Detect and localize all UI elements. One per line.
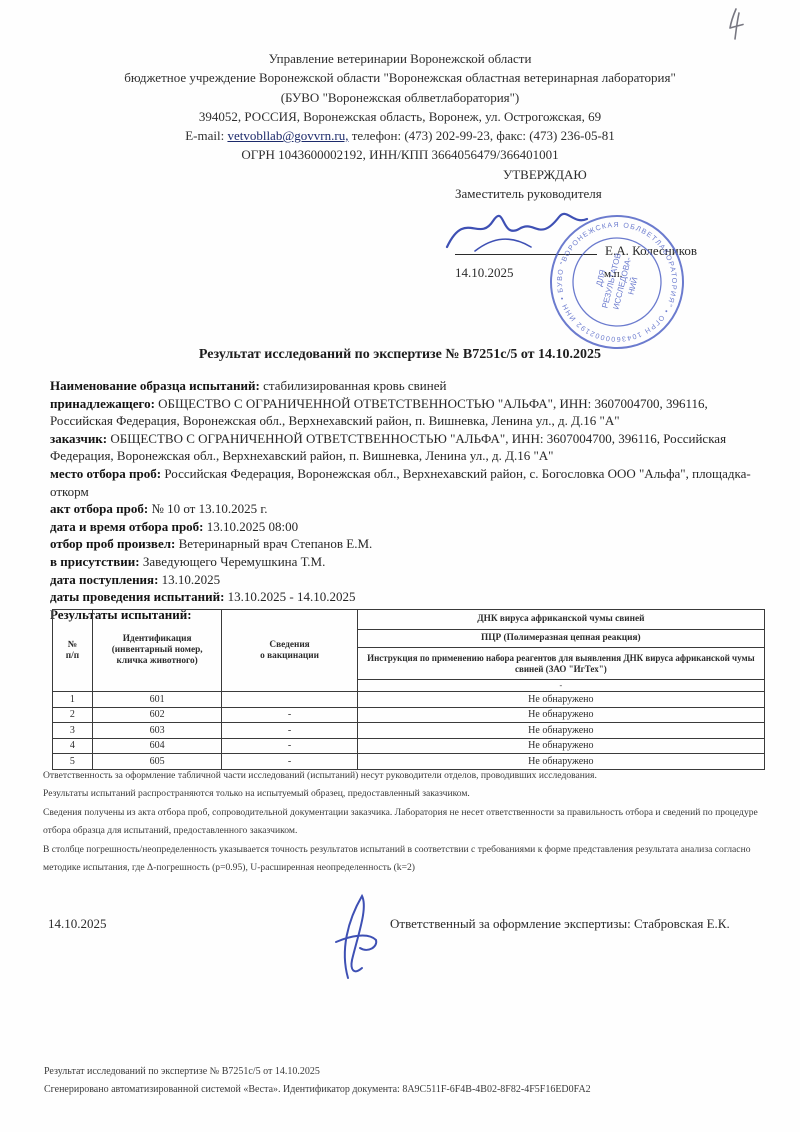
col-header-method: ПЦР (Полимеразная цепная реакция) [357, 630, 764, 648]
footnote: В столбце погрешность/неопределенность у… [43, 841, 769, 878]
field-value: 13.10.2025 - 14.10.2025 [228, 589, 356, 604]
footer-generated-note: Сгенерировано автоматизированной системо… [44, 1084, 591, 1095]
table-row: 3 603 - Не обнаружено [53, 723, 765, 739]
field-label: заказчик: [50, 431, 107, 446]
footnotes: Ответственность за оформление табличной … [43, 767, 769, 877]
field-label: в присутствии: [50, 554, 140, 569]
field-label: Наименование образца испытаний: [50, 378, 260, 393]
cell-number: 4 [53, 738, 93, 754]
field-value: № 10 от 13.10.2025 г. [151, 501, 267, 516]
table-header-row: № п/п Идентификация (инвентарный номер, … [53, 610, 765, 630]
cell-result: Не обнаружено [357, 723, 764, 739]
cell-result: Не обнаружено [357, 692, 764, 708]
table-row: 2 602 - Не обнаружено [53, 707, 765, 723]
org-header: Управление ветеринарии Воронежской облас… [0, 49, 800, 165]
field-received-date: дата поступления: 13.10.2025 [50, 571, 764, 589]
col-header-test-name: ДНК вируса африканской чумы свиней [357, 610, 764, 630]
field-label: даты проведения испытаний: [50, 589, 224, 604]
field-sampling-act: акт отбора проб: № 10 от 13.10.2025 г. [50, 500, 764, 518]
field-label: отбор проб произвел: [50, 536, 175, 551]
footnote: Сведения получены из акта отбора проб, с… [43, 804, 769, 841]
results-table: № п/п Идентификация (инвентарный номер, … [52, 609, 765, 770]
phone-fax: телефон: (473) 202-99-23, факс: (473) 23… [352, 128, 615, 143]
field-label: акт отбора проб: [50, 501, 148, 516]
cell-number: 2 [53, 707, 93, 723]
org-name-line1: Управление ветеринарии Воронежской облас… [0, 49, 800, 68]
responsible-person: Ответственный за оформление экспертизы: … [390, 916, 772, 932]
cell-number: 1 [53, 692, 93, 708]
svg-text:• БУВО "ВОРОНЕЖСКАЯ ОБЛВЕТЛАБО: • БУВО "ВОРОНЕЖСКАЯ ОБЛВЕТЛАБОРАТОРИЯ" •… [546, 211, 688, 353]
cell-number: 3 [53, 723, 93, 739]
field-value: 13.10.2025 08:00 [207, 519, 298, 534]
footnote: Результаты испытаний распространяются то… [43, 785, 769, 803]
footer-expertise-ref: Результат исследований по экспертизе № В… [44, 1066, 320, 1077]
field-customer: заказчик: ОБЩЕСТВО С ОГРАНИЧЕННОЙ ОТВЕТС… [50, 430, 764, 465]
seal-place-note: м.п. [604, 268, 622, 280]
cell-vaccination: - [222, 707, 357, 723]
cell-result: Не обнаружено [357, 738, 764, 754]
col-header-vaccination: Сведения о вакцинации [222, 610, 357, 692]
document-fields: Наименование образца испытаний: стабилиз… [50, 377, 764, 623]
field-owner: принадлежащего: ОБЩЕСТВО С ОГРАНИЧЕННОЙ … [50, 395, 764, 430]
field-sampling-datetime: дата и время отбора проб: 13.10.2025 08:… [50, 518, 764, 536]
document-page: Управление ветеринарии Воронежской облас… [0, 0, 800, 1132]
field-sampling-place: место отбора проб: Российская Федерация,… [50, 465, 764, 500]
field-sampled-by: отбор проб произвел: Ветеринарный врач С… [50, 535, 764, 553]
table-row: 1 601 Не обнаружено [53, 692, 765, 708]
cell-identification: 602 [92, 707, 222, 723]
org-contacts: E-mail: vetvobllab@govvrn.ru, телефон: (… [0, 126, 800, 145]
field-value: 13.10.2025 [162, 572, 221, 587]
cell-result: Не обнаружено [357, 707, 764, 723]
field-value: Заведующего Черемушкина Т.М. [143, 554, 325, 569]
field-value: ОБЩЕСТВО С ОГРАНИЧЕННОЙ ОТВЕТСТВЕННОСТЬЮ… [50, 431, 726, 464]
field-label: дата поступления: [50, 572, 158, 587]
bottom-date: 14.10.2025 [48, 916, 107, 932]
seal-stamp: • БУВО "ВОРОНЕЖСКАЯ ОБЛВЕТЛАБОРАТОРИЯ" •… [546, 211, 688, 358]
field-value: Ветеринарный врач Степанов Е.М. [179, 536, 373, 551]
stamp-ring-text: • БУВО "ВОРОНЕЖСКАЯ ОБЛВЕТЛАБОРАТОРИЯ" •… [546, 211, 688, 353]
cell-vaccination [222, 692, 357, 708]
seal-stamp-icon: • БУВО "ВОРОНЕЖСКАЯ ОБЛВЕТЛАБОРАТОРИЯ" •… [546, 211, 688, 353]
cell-identification: 604 [92, 738, 222, 754]
org-ogrn-inn: ОГРН 1043600002192, ИНН/КПП 3664056479/3… [0, 145, 800, 164]
cell-identification: 601 [92, 692, 222, 708]
cell-vaccination: - [222, 723, 357, 739]
org-name-line3: (БУВО "Воронежская облветлаборатория") [0, 88, 800, 107]
org-name-line2: бюджетное учреждение Воронежской области… [0, 68, 800, 87]
field-value: стабилизированная кровь свиней [263, 378, 446, 393]
col-header-instruction: Инструкция по применению набора реагенто… [357, 648, 764, 680]
field-label: дата и время отбора проб: [50, 519, 204, 534]
executor-signature-icon [318, 890, 388, 985]
org-address: 394052, РОССИЯ, Воронежская область, Вор… [0, 107, 800, 126]
field-testing-dates: даты проведения испытаний: 13.10.2025 - … [50, 588, 764, 606]
handwritten-mark-icon [722, 6, 748, 42]
footnote: Ответственность за оформление табличной … [43, 767, 769, 785]
approve-word: УТВЕРЖДАЮ [503, 165, 735, 184]
cell-identification: 603 [92, 723, 222, 739]
cell-vaccination: - [222, 738, 357, 754]
email-value: vetvobllab@govvrn.ru, [227, 128, 348, 143]
col-header-number: № п/п [53, 610, 93, 692]
table-row: 4 604 - Не обнаружено [53, 738, 765, 754]
email-label: E-mail: [185, 128, 224, 143]
col-header-identification: Идентификация (инвентарный номер, кличка… [92, 610, 222, 692]
field-label: место отбора проб: [50, 466, 161, 481]
field-label: принадлежащего: [50, 396, 155, 411]
col-header-dash: - [357, 680, 764, 692]
field-in-presence: в присутствии: Заведующего Черемушкина Т… [50, 553, 764, 571]
field-sample-name: Наименование образца испытаний: стабилиз… [50, 377, 764, 395]
